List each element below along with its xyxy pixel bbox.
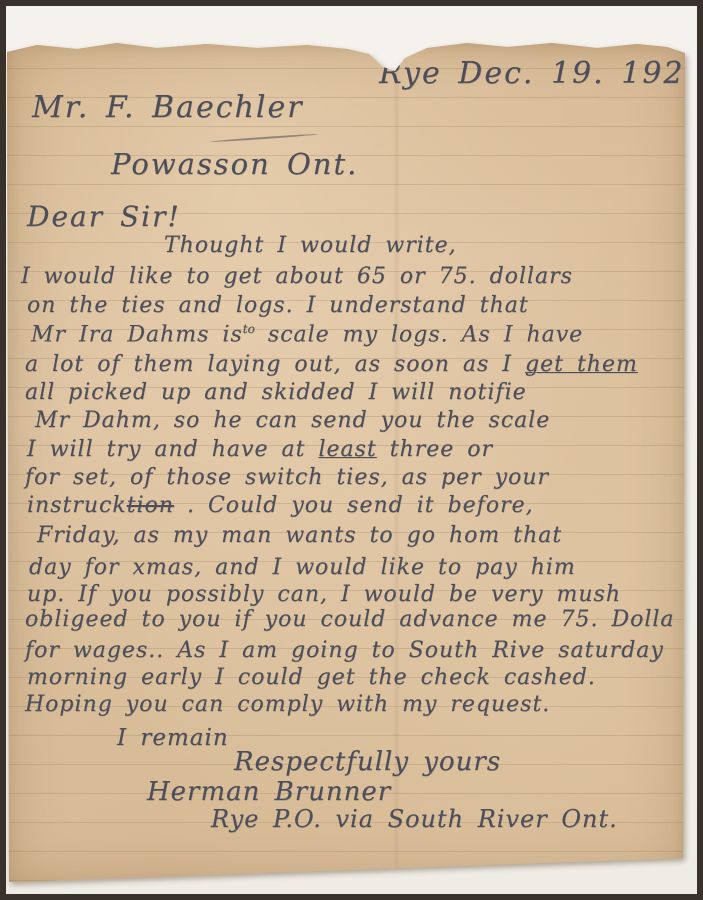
letter-line: Respectfully yours [234,747,501,777]
letter-line-segment: Friday, as my man wants to go hom that [37,523,562,548]
letter-line: I would like to get about 65 or 75. doll… [21,264,573,289]
letter-line: Hoping you can comply with my request. [25,692,550,717]
letter-paper: Rye Dec. 19. 1927. Mr. F. Baechler Powas… [7,40,685,882]
letter-line: day for xmas, and I would like to pay hi… [29,555,576,580]
letter-line-segment: a lot of them laying out, as soon as I [25,352,525,377]
letter-line-segment: day for xmas, and I would like to pay hi… [29,555,576,580]
letter-line: I will try and have at least three or [27,437,493,462]
letter-line-segment: Mr Ira Dahms is [31,322,243,347]
letter-line-segment: scale my logs. As I have [255,322,583,347]
paper-shadow-wrap: Rye Dec. 19. 1927. Mr. F. Baechler Powas… [0,0,703,900]
letter-line-segment: tion [127,493,174,518]
letter-line: all picked up and skidded I will notifie [25,380,527,405]
letter-line-segment: all picked up and skidded I will notifie [25,380,527,405]
letter-line-segment: Mr Dahm, so he can send you the scale [35,408,550,433]
pen-flourish [210,133,318,143]
letter-line: Mr Dahm, so he can send you the scale [35,408,550,433]
letter-line: Rye P.O. via South River Ont. [211,805,618,833]
letter-line: for wages.. As I am going to South Rive … [25,638,664,663]
letter-line: morning early I could get the check cash… [27,665,596,690]
letter-line-segment: Herman Brunner [147,777,391,807]
letter-line: I remain [117,725,229,751]
letter-line-segment: least [318,437,376,462]
letter-line: on the ties and logs. I understand that [27,293,529,318]
salutation: Dear Sir! [27,200,181,233]
letter-line: Thought I would write, [164,233,457,258]
letter-line-segment: Hoping you can comply with my request. [25,692,550,717]
letter-line-segment: to [243,322,255,336]
letter-line-segment: I will try and have at [27,437,318,462]
scanned-letter: Rye Dec. 19. 1927. Mr. F. Baechler Powas… [0,0,703,900]
letter-line-segment: I remain [117,725,229,751]
letter-line: for set, of those switch ties, as per yo… [25,465,549,490]
letter-line-segment: morning early I could get the check cash… [27,665,596,690]
letter-line: Mr Ira Dahms isto scale my logs. As I ha… [31,322,583,347]
letter-line: up. If you possibly can, I would be very… [27,582,621,607]
letter-line-segment: obligeed to you if you could advance me … [25,607,675,632]
letter-line-segment: up. If you possibly can, I would be very… [27,582,621,607]
letter-line-segment: I would like to get about 65 or 75. doll… [21,264,573,289]
letter-line: Friday, as my man wants to go hom that [37,523,562,548]
letter-line-segment: get them [525,352,638,377]
recipient-place: Powasson Ont. [111,147,358,181]
letter-line: obligeed to you if you could advance me … [25,607,675,632]
letter-line-segment: for set, of those switch ties, as per yo… [25,465,549,490]
letter-line: instrucktion . Could you send it before, [27,493,534,518]
letter-line-segment: Respectfully yours [234,747,501,777]
letter-line-segment: on the ties and logs. I understand that [27,293,529,318]
recipient-name: Mr. F. Baechler [32,90,304,125]
letter-line-segment: . Could you send it before, [174,493,534,518]
letter-line-segment: for wages.. As I am going to South Rive … [25,638,664,663]
letter-date: Rye Dec. 19. 1927. [379,56,703,91]
letter-line-segment: three or [377,437,493,462]
letter-line-segment: Thought I would write, [164,233,457,258]
letter-line-segment: Rye P.O. via South River Ont. [211,805,618,833]
letter-line: Herman Brunner [147,777,391,807]
letter-line: a lot of them laying out, as soon as I g… [25,352,638,377]
letter-line-segment: instruck [27,493,127,518]
